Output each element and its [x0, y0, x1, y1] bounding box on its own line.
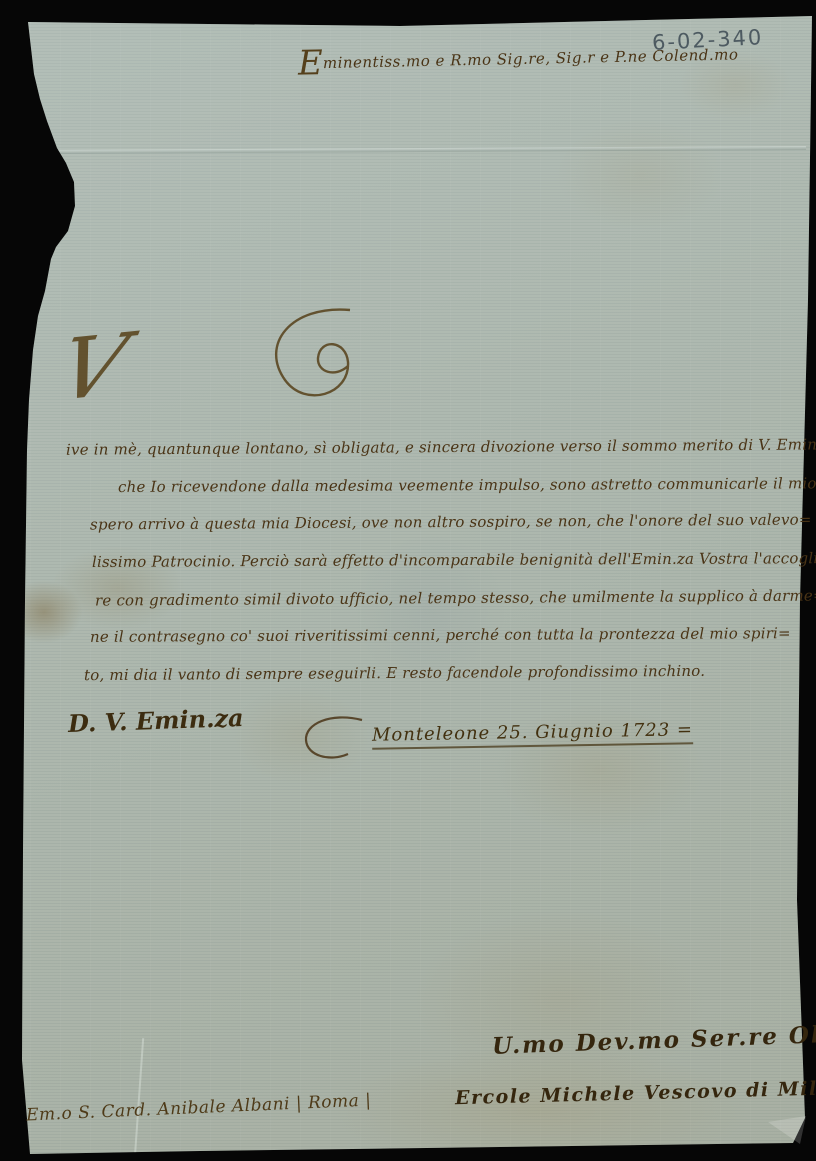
body-line-2: che Io ricevendone dalla medesima veemen… [118, 474, 816, 496]
paper-stains [0, 0, 816, 1161]
closing-formula: D. V. Emin.za [68, 703, 244, 738]
body-line-4: lissimo Patrocinio. Perciò sarà effetto … [92, 549, 816, 571]
body-line-6: ne il contrasegno co' suoi riveritissimi… [90, 624, 791, 646]
salutation-initial-flourish: E [298, 43, 324, 84]
initial-curl-flourish [230, 300, 410, 430]
paper-sheet-torn-edge [0, 0, 816, 1161]
dateline-swash-flourish [300, 712, 370, 767]
scanned-letter-page: Eminentiss.mo e R.mo Sig.re, Sig.r e P.n… [0, 0, 816, 1161]
